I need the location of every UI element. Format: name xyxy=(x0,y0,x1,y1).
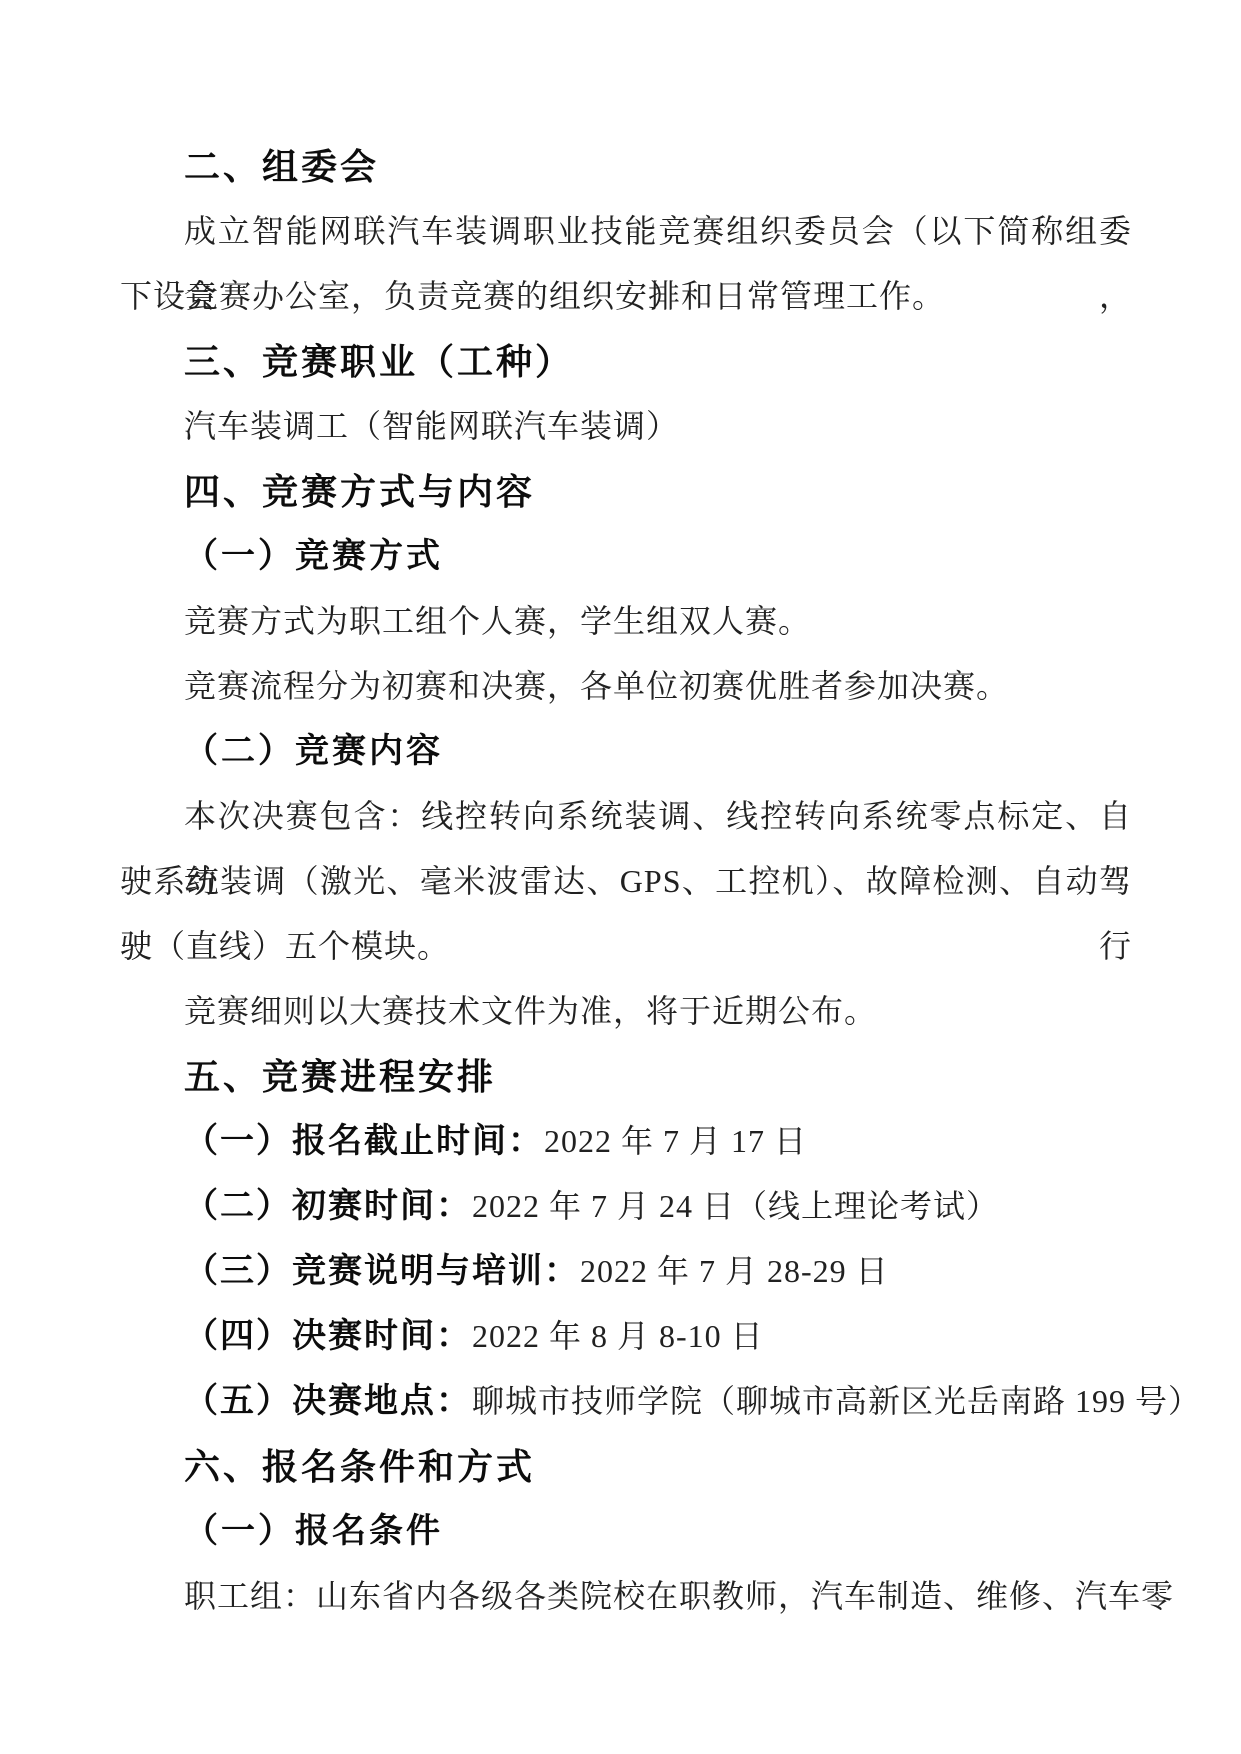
schedule-item-value: 2022 年 8 月 8-10 日 xyxy=(472,1318,764,1354)
schedule-item: （二）初赛时间：2022 年 7 月 24 日（线上理论考试） xyxy=(120,1174,1132,1239)
schedule-item-label: （一）报名截止时间： xyxy=(184,1122,544,1160)
sub-section-heading: （一）竞赛方式 xyxy=(120,524,1132,589)
section-heading: 四、竞赛方式与内容 xyxy=(120,459,1132,524)
schedule-item-value: 2022 年 7 月 17 日 xyxy=(544,1123,807,1159)
schedule-item-label: （三）竞赛说明与培训： xyxy=(184,1252,580,1290)
text-line: 竞赛方式为职工组个人赛，学生组双人赛。 xyxy=(120,589,1132,654)
text-line: 职工组：山东省内各级各类院校在职教师，汽车制造、维修、汽车零 xyxy=(120,1564,1132,1629)
section-heading: 三、竞赛职业（工种） xyxy=(120,329,1132,394)
text-line: 竞赛细则以大赛技术文件为准，将于近期公布。 xyxy=(120,979,1132,1044)
section-heading: 五、竞赛进程安排 xyxy=(120,1044,1132,1109)
schedule-item: （四）决赛时间：2022 年 8 月 8-10 日 xyxy=(120,1304,1132,1369)
sub-section-heading: （一）报名条件 xyxy=(120,1499,1132,1564)
section-heading: 六、报名条件和方式 xyxy=(120,1434,1132,1499)
schedule-item-value: 聊城市技师学院（聊城市高新区光岳南路 199 号） xyxy=(472,1383,1201,1419)
schedule-item: （五）决赛地点：聊城市技师学院（聊城市高新区光岳南路 199 号） xyxy=(120,1369,1132,1434)
schedule-item-value: 2022 年 7 月 24 日（线上理论考试） xyxy=(472,1188,999,1224)
text-line: 竞赛流程分为初赛和决赛，各单位初赛优胜者参加决赛。 xyxy=(120,654,1132,719)
text-line: 汽车装调工（智能网联汽车装调） xyxy=(120,394,1132,459)
text-line: 驶系统装调（激光、毫米波雷达、GPS、工控机）、故障检测、自动驾驶行 xyxy=(120,849,1132,914)
schedule-item: （一）报名截止时间：2022 年 7 月 17 日 xyxy=(120,1109,1132,1174)
sub-section-heading: （二）竞赛内容 xyxy=(120,719,1132,784)
text-line: 成立智能网联汽车装调职业技能竞赛组织委员会（以下简称组委会）， xyxy=(120,199,1132,264)
schedule-item-label: （二）初赛时间： xyxy=(184,1187,472,1225)
schedule-item-value: 2022 年 7 月 28-29 日 xyxy=(580,1253,889,1289)
text-line: 本次决赛包含：线控转向系统装调、线控转向系统零点标定、自动驾 xyxy=(120,784,1132,849)
document-page: 二、组委会成立智能网联汽车装调职业技能竞赛组织委员会（以下简称组委会），下设竞赛… xyxy=(0,0,1241,1754)
schedule-item: （三）竞赛说明与培训：2022 年 7 月 28-29 日 xyxy=(120,1239,1132,1304)
document-body: 二、组委会成立智能网联汽车装调职业技能竞赛组织委员会（以下简称组委会），下设竞赛… xyxy=(120,134,1132,1629)
section-heading: 二、组委会 xyxy=(120,134,1132,199)
schedule-item-label: （四）决赛时间： xyxy=(184,1317,472,1355)
schedule-item-label: （五）决赛地点： xyxy=(184,1382,472,1420)
